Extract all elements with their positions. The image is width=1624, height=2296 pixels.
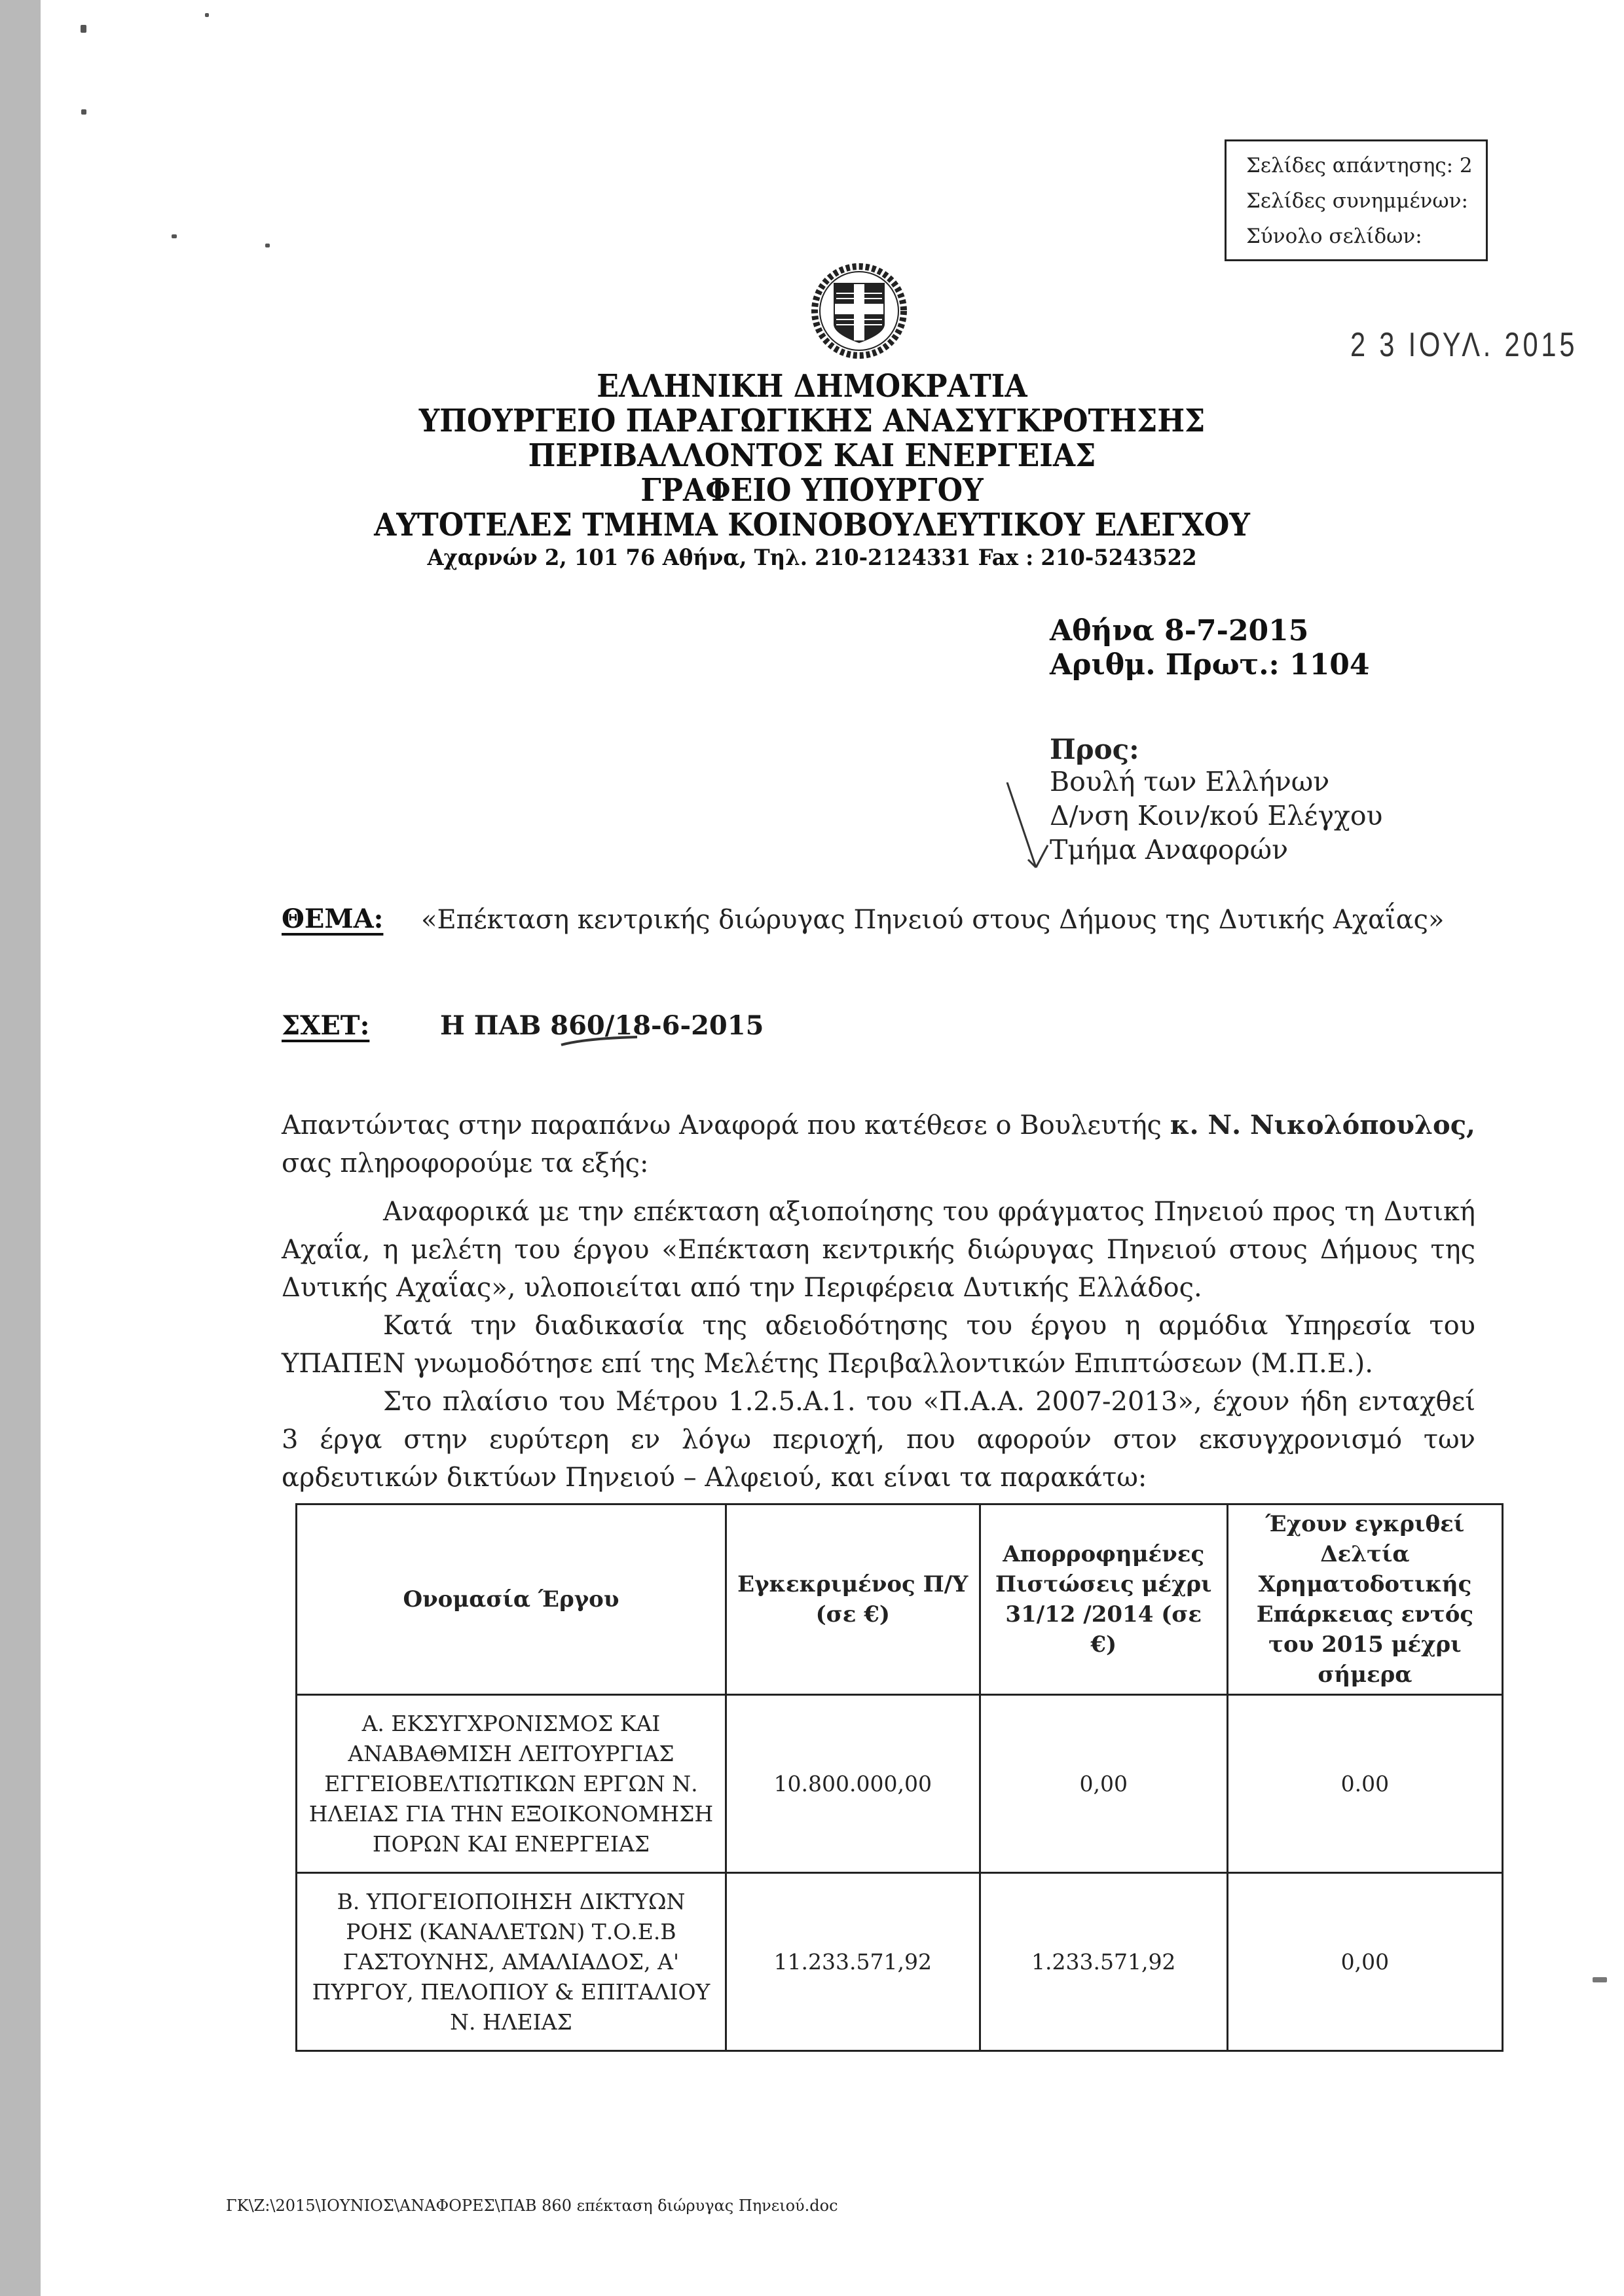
project-name: Β. ΥΠΟΓΕΙΟΠΟΙΗΣΗ ΔΙΚΤΥΩΝ ΡΟΗΣ (ΚΑΝΑΛΕΤΩΝ… (297, 1873, 726, 2051)
scan-margin (0, 0, 41, 2296)
handwritten-check-icon (1002, 782, 1051, 874)
scan-speck (1593, 1977, 1607, 1982)
project-budget: 10.800.000,00 (726, 1695, 980, 1873)
header-department: ΑΥΤΟΤΕΛΕΣ ΤΜΗΜΑ ΚΟΙΝΟΒΟΥΛΕΥΤΙΚΟΥ ΕΛΕΓΧΟΥ (65, 507, 1559, 543)
attachment-pages: Σελίδες συνημμένων: (1246, 183, 1486, 219)
header-ministry: ΥΠΟΥΡΓΕΙΟ ΠΑΡΑΓΩΓΙΚΗΣ ΑΝΑΣΥΓΚΡΟΤΗΣΗΣ (65, 403, 1559, 439)
paragraph-3: Στο πλαίσιο του Μέτρου 1.2.5.Α.1. του «Π… (282, 1383, 1475, 1497)
project-absorbed: 1.233.571,92 (980, 1873, 1227, 2051)
header-republic: ΕΛΛΗΝΙΚΗ ΔΗΜΟΚΡΑΤΙΑ (65, 368, 1559, 405)
mp-name: κ. Ν. Νικολόπουλος, (1170, 1110, 1475, 1140)
recipient-line: Βουλή των Ελλήνων (1050, 766, 1329, 797)
recipient-line: Δ/νση Κοιν/κού Ελέγχου (1050, 800, 1382, 831)
col-header-approved: Έχουν εγκριθεί Δελτία Χρηματοδοτικής Επά… (1227, 1504, 1502, 1695)
handwritten-underline (560, 1034, 638, 1048)
document-date: Αθήνα 8-7-2015 (1050, 614, 1308, 647)
reply-pages: Σελίδες απάντησης: 2 (1246, 148, 1486, 183)
paragraph-1: Αναφορικά με την επέκταση αξιοποίησης το… (282, 1193, 1475, 1307)
file-path-footer: ΓΚ\Z:\2015\ΙΟΥΝΙΟΣ\ΑΝΑΦΟΡΕΣ\ΠΑΒ 860 επέκ… (226, 2196, 838, 2215)
project-absorbed: 0,00 (980, 1695, 1227, 1873)
table-row: Β. ΥΠΟΓΕΙΟΠΟΙΗΣΗ ΔΙΚΤΥΩΝ ΡΟΗΣ (ΚΑΝΑΛΕΤΩΝ… (297, 1873, 1503, 2051)
projects-table: Ονομασία Έργου Εγκεκριμένος Π/Υ (σε €) Α… (295, 1503, 1504, 2052)
total-pages: Σύνολο σελίδων: (1246, 219, 1486, 254)
subject-label: ΘΕΜΑ: (282, 903, 383, 934)
project-approved: 0,00 (1227, 1873, 1502, 2051)
header-ministry-2: ΠΕΡΙΒΑΛΛΟΝΤΟΣ ΚΑΙ ΕΝΕΡΓΕΙΑΣ (65, 437, 1559, 474)
project-budget: 11.233.571,92 (726, 1873, 980, 2051)
scan-speck (265, 244, 270, 247)
page-count-box: Σελίδες απάντησης: 2 Σελίδες συνημμένων:… (1225, 139, 1488, 261)
scan-speck (81, 25, 86, 33)
reference-label: ΣΧΕΤ: (282, 1010, 369, 1041)
intro-paragraph: Απαντώντας στην παραπάνω Αναφορά που κατ… (282, 1106, 1475, 1182)
paragraph-2: Κατά την διαδικασία της αδειοδότησης του… (282, 1307, 1475, 1383)
col-header-absorbed: Απορροφημένες Πιστώσεις μέχρι 31/12 /201… (980, 1504, 1227, 1695)
protocol-number: Αριθμ. Πρωτ.: 1104 (1050, 648, 1370, 682)
received-date-stamp: 2 3 ΙΟΥΛ. 2015 (1350, 325, 1578, 365)
project-name: Α. ΕΚΣΥΓΧΡΟΝΙΣΜΟΣ ΚΑΙ ΑΝΑΒΑΘΜΙΣΗ ΛΕΙΤΟΥΡ… (297, 1695, 726, 1873)
col-header-budget: Εγκεκριμένος Π/Υ (σε €) (726, 1504, 980, 1695)
greek-coat-of-arms-icon (810, 262, 908, 360)
intro-text: Απαντώντας στην παραπάνω Αναφορά που κατ… (282, 1110, 1170, 1140)
recipient-label: Προς: (1050, 733, 1139, 765)
intro-text-end: σας πληροφορούμε τα εξής: (282, 1148, 649, 1178)
col-header-project-name: Ονομασία Έργου (297, 1504, 726, 1695)
subject-text: «Επέκταση κεντρικής διώρυγας Πηνειού στο… (421, 901, 1475, 939)
table-header-row: Ονομασία Έργου Εγκεκριμένος Π/Υ (σε €) Α… (297, 1504, 1503, 1695)
scan-speck (81, 109, 86, 115)
header-office: ΓΡΑΦΕΙΟ ΥΠΟΥΡΓΟΥ (65, 472, 1559, 509)
recipient-line: Τμήμα Αναφορών (1050, 834, 1288, 866)
scan-speck (205, 13, 209, 17)
scan-speck (172, 234, 177, 238)
table-row: Α. ΕΚΣΥΓΧΡΟΝΙΣΜΟΣ ΚΑΙ ΑΝΑΒΑΘΜΙΣΗ ΛΕΙΤΟΥΡ… (297, 1695, 1503, 1873)
header-address: Αχαρνών 2, 101 76 Αθήνα, Τηλ. 210-212433… (41, 545, 1583, 571)
project-approved: 0.00 (1227, 1695, 1502, 1873)
